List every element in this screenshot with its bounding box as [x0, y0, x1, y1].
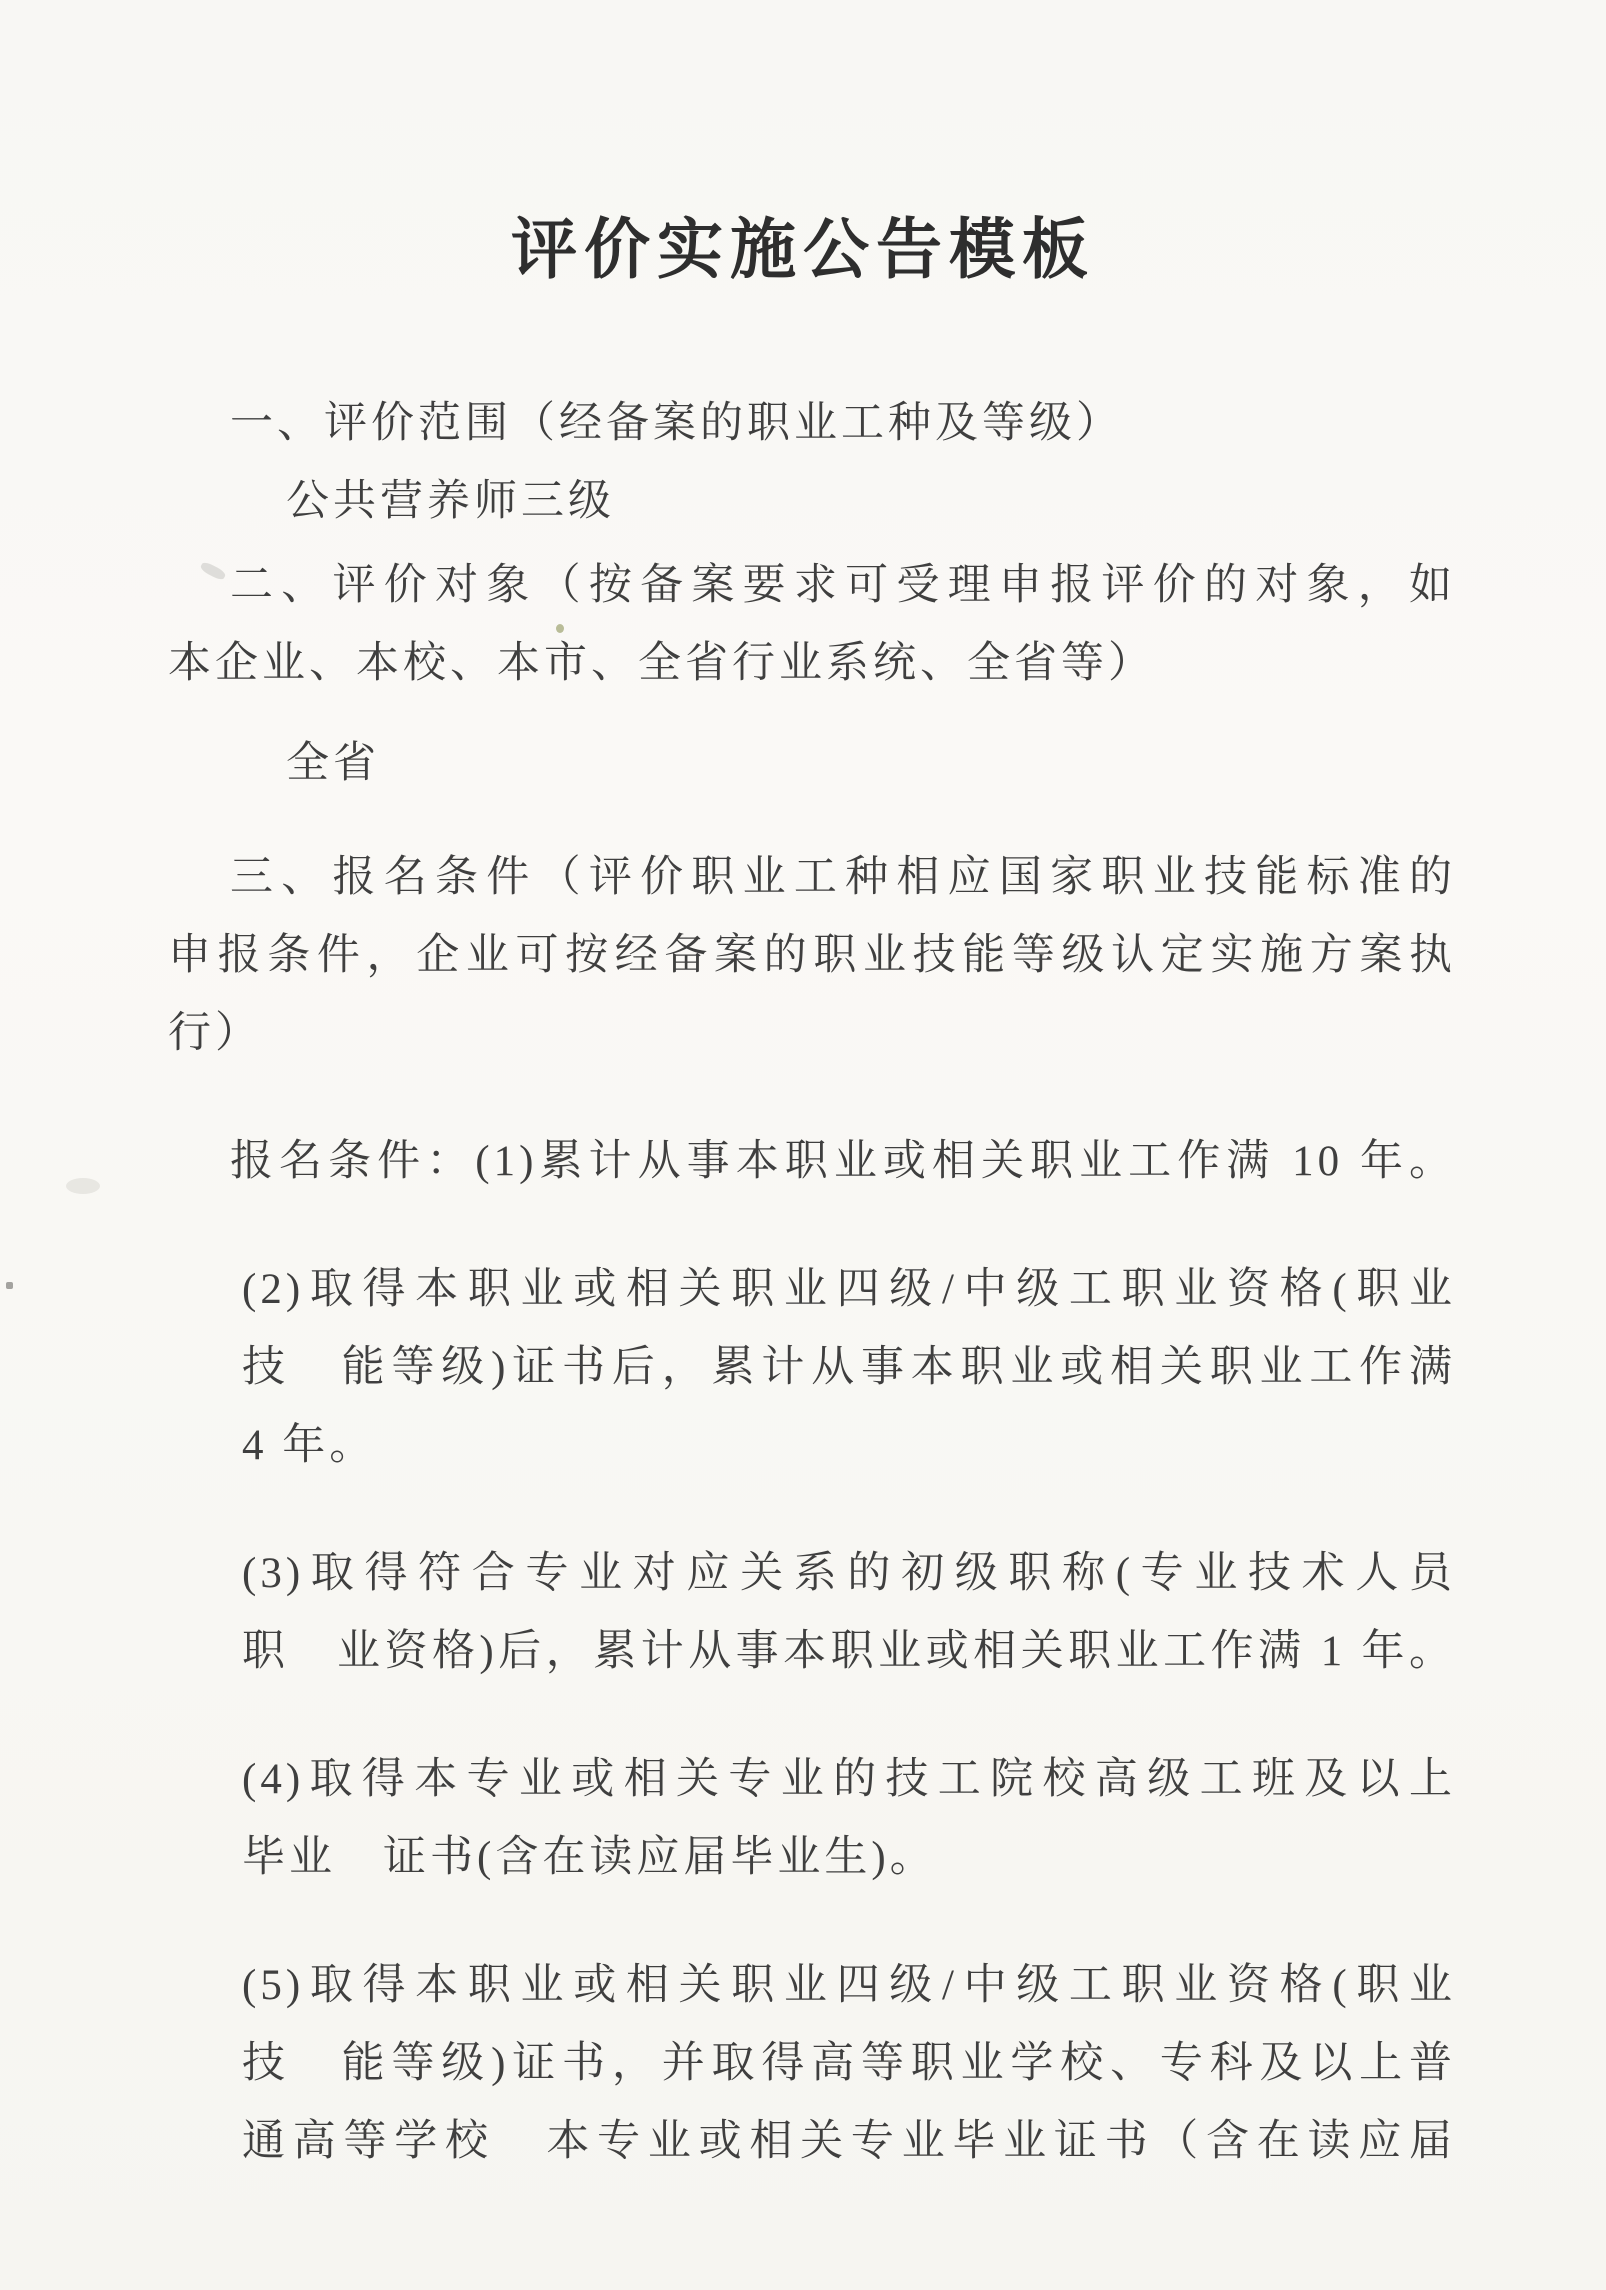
text-line: 通高等学校 本专业或相关专业毕业证书（含在读应届	[168, 2103, 1456, 2181]
text-line: (2)取得本职业或相关职业四级/中级工职业资格(职业	[168, 1251, 1456, 1329]
text-line: 行）	[168, 995, 1456, 1073]
section-1-heading: 一、评价范围（经备案的职业工种及等级）	[168, 385, 1456, 463]
scan-speck	[66, 1178, 100, 1194]
text-line: 三、报名条件（评价职业工种相应国家职业技能标准的	[168, 839, 1456, 917]
scanned-document-page: 评价实施公告模板 一、评价范围（经备案的职业工种及等级）公共营养师三级二、评价对…	[0, 0, 1606, 2290]
text-line: (4)取得本专业或相关专业的技工院校高级工班及以上	[168, 1741, 1456, 1819]
text-line: 4 年。	[168, 1407, 1456, 1485]
document-title: 评价实施公告模板	[0, 0, 1606, 297]
section-1-value: 公共营养师三级	[168, 463, 1456, 541]
text-line: 全省	[168, 725, 1456, 803]
section-3-heading: 三、报名条件（评价职业工种相应国家职业技能标准的申报条件，企业可按经备案的职业技…	[168, 839, 1456, 1073]
text-line: (3)取得符合专业对应关系的初级职称(专业技术人员	[168, 1535, 1456, 1613]
condition-5: (5)取得本职业或相关职业四级/中级工职业资格(职业技 能等级)证书，并取得高等…	[168, 1947, 1456, 2181]
text-line: 本企业、本校、本市、全省行业系统、全省等）	[168, 625, 1456, 703]
text-line: 技 能等级)证书，并取得高等职业学校、专科及以上普	[168, 2025, 1456, 2103]
condition-2: (2)取得本职业或相关职业四级/中级工职业资格(职业技 能等级)证书后，累计从事…	[168, 1251, 1456, 1485]
scan-speck	[6, 1282, 13, 1289]
condition-3: (3)取得符合专业对应关系的初级职称(专业技术人员职 业资格)后，累计从事本职业…	[168, 1535, 1456, 1691]
text-line: 二、评价对象（按备案要求可受理申报评价的对象，如	[168, 547, 1456, 625]
text-line: 公共营养师三级	[168, 463, 1456, 541]
text-line: 毕业 证书(含在读应届毕业生)。	[168, 1819, 1456, 1897]
document-body: 一、评价范围（经备案的职业工种及等级）公共营养师三级二、评价对象（按备案要求可受…	[168, 385, 1456, 2181]
text-line: (5)取得本职业或相关职业四级/中级工职业资格(职业	[168, 1947, 1456, 2025]
text-line: 一、评价范围（经备案的职业工种及等级）	[168, 385, 1456, 463]
section-2-heading: 二、评价对象（按备案要求可受理申报评价的对象，如本企业、本校、本市、全省行业系统…	[168, 547, 1456, 703]
text-line: 技 能等级)证书后，累计从事本职业或相关职业工作满	[168, 1329, 1456, 1407]
text-line: 报名条件：(1)累计从事本职业或相关职业工作满 10 年。	[168, 1123, 1456, 1201]
text-line: 职 业资格)后，累计从事本职业或相关职业工作满 1 年。	[168, 1613, 1456, 1691]
section-2-value: 全省	[168, 725, 1456, 803]
condition-4: (4)取得本专业或相关专业的技工院校高级工班及以上毕业 证书(含在读应届毕业生)…	[168, 1741, 1456, 1897]
condition-1: 报名条件：(1)累计从事本职业或相关职业工作满 10 年。	[168, 1123, 1456, 1201]
text-line: 申报条件，企业可按经备案的职业技能等级认定实施方案执	[168, 917, 1456, 995]
